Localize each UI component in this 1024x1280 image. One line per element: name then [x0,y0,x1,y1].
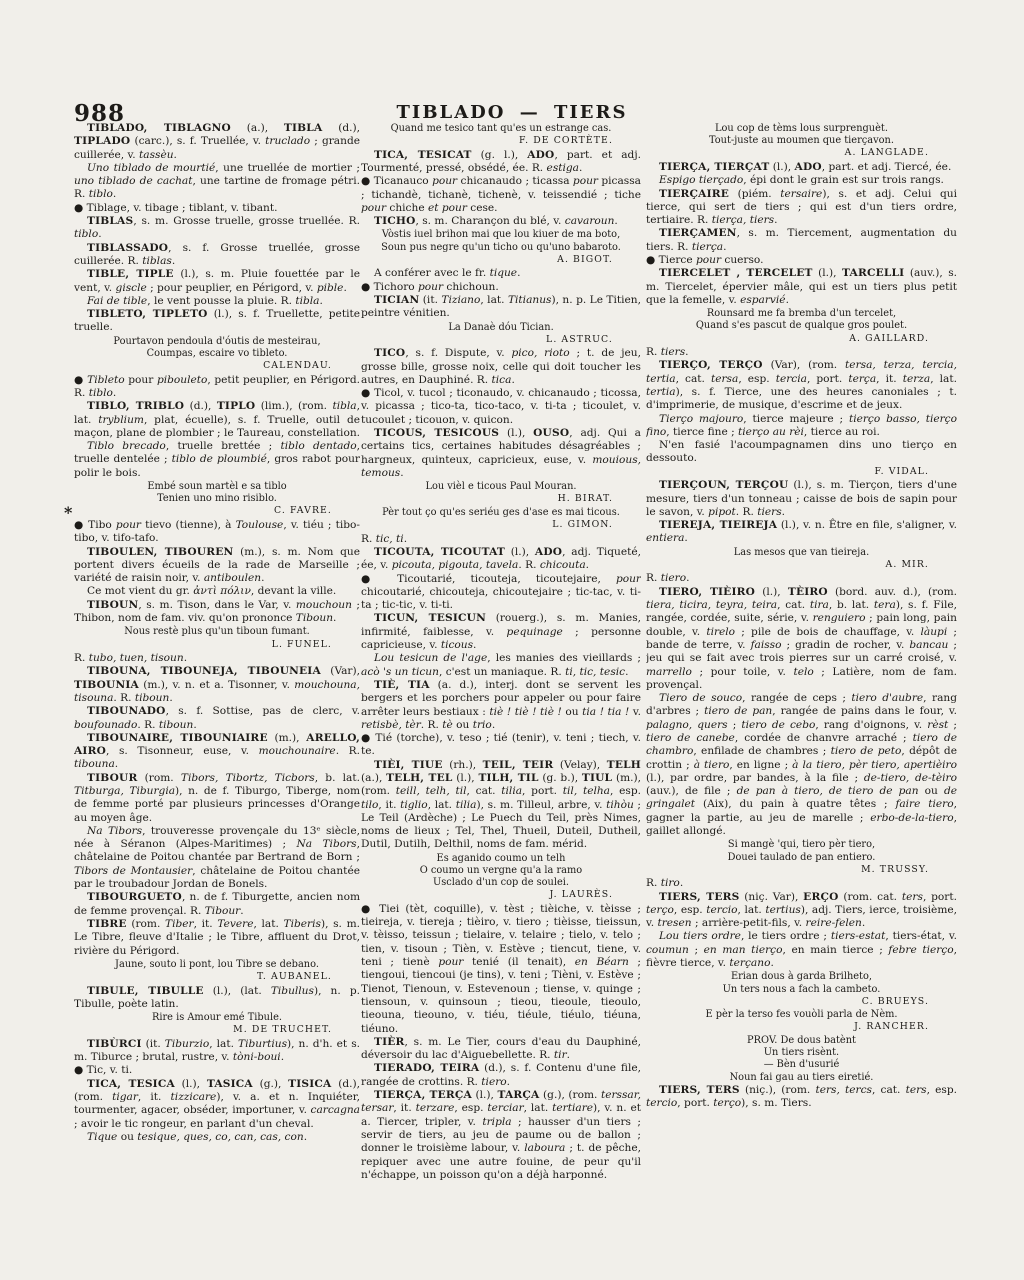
reference-line: R. tiers. [646,346,957,359]
quote-attribution: A. LANGLADE. [646,147,957,159]
headword: TIERÇAIRE [659,188,729,200]
body-text: , s. f. Sottise, pas de clerc, v. [166,705,360,717]
verse-quote: Nous restè plus qu'un tiboun fumant. [74,626,360,638]
body-text: chichoun. [443,281,499,293]
body-text: ● [74,374,87,386]
body-text: (niç.), (rom. [740,1084,816,1096]
italic-term: tiers [757,506,781,518]
headword: TASICA [207,1078,253,1090]
italic-term: terço [713,1097,741,1109]
body-text: ; [728,719,742,731]
headword: ADO [795,161,822,173]
dictionary-entry: TIEREJA, TIEIREJA (l.), v. n. Être en fi… [646,519,957,546]
dictionary-entry: TIERCELET , TERCELET (l.), TARCELLI (auv… [646,267,957,307]
italic-term: Espigo tierçado [659,174,743,186]
body-text: , it. [194,918,218,930]
example-text: Fai de tible, le vent pousse la pluie. R… [74,295,360,308]
reference-line: R. tubo, tuen, tisoun. [74,652,360,665]
body-text: , port. [677,1097,713,1109]
body-text: (bord. auv. d.), (rom. [828,586,957,598]
italic-term: à la tiero, pèr tiero, apertièiro [792,759,957,771]
italic-term: tòni-boui [233,1051,281,1063]
headword: TICOUTA, TICOUTAT [374,546,505,558]
italic-term: tertia [646,386,676,398]
body-text: . [625,666,628,678]
example-text: Tique ou tesique, ques, co, can, cas, co… [74,1131,360,1144]
italic-term: mouchounaire [259,745,336,757]
body-text: R. [361,533,376,545]
italic-term: pibouleto [157,374,207,386]
dictionary-entry: TIÈR, s. m. Le Tier, cours d'eau du Daup… [361,1036,641,1063]
verse-quote: Jaune, souto li pont, lou Tibre se deban… [74,959,360,971]
headword: TELH [607,759,641,771]
body-text: ● Tic, v. ti. [74,1064,132,1076]
headword: TIBOUNIA [74,679,139,691]
italic-term: tiè ! tiè ! tiè ! [489,706,561,718]
italic-term: Titianus [508,294,552,306]
dictionary-entry: TIBLAS, s. m. Grosse truelle, grosse tru… [74,215,360,242]
body-text: . [113,188,116,200]
italic-term: et pour [428,202,467,214]
body-text: . [685,346,688,358]
dictionary-entry: TIERADO, TEIRA (d.), s. f. Contenu d'une… [361,1062,641,1089]
headword: TICUN, TESICUN [374,612,486,624]
quote-attribution: J. RANCHER. [646,1021,957,1033]
italic-term: tera [874,599,896,611]
headword: TIEREJA, TIEIREJA [659,519,777,531]
quote-line: Tout-juste au moumen que tierçavon. [646,135,957,147]
italic-term: til, telha [563,785,610,797]
body-text: , s. m. Tison, dans le Var, v. [138,599,296,611]
example-text: Tiero de souco, rangée de ceps ; tiero d… [646,692,957,838]
body-text: (g.), (rom. [539,1089,600,1101]
italic-term: tilia [501,785,522,797]
verse-quote: Rounsard me fa bremba d'un tercelet,Quan… [646,308,957,332]
headword: TIBLE, TIPLE [87,268,174,280]
italic-term: tiblo [74,228,98,240]
text-column-middle: Quand me tesico tant qu'es un estrange c… [361,122,641,1252]
body-text: . [193,719,196,731]
italic-term: tihòu [606,799,634,811]
italic-term: rèst [927,719,948,731]
italic-term: teill, telh, til [396,785,467,797]
italic-term: tiers-estat [831,930,886,942]
quote-line: Es aganido coumo un telh [361,853,641,865]
body-text: R. [74,652,89,664]
italic-term: pour [438,956,463,968]
italic-term: tiero [481,1076,506,1088]
quote-attribution: L. GIMON. [361,519,641,531]
italic-term: tubo, tuen, tisoun [89,652,184,664]
verse-quote: Pourtavon pendoula d'óutis de mesteirau,… [74,336,360,360]
body-text: . [770,957,773,969]
body-text: ● Tiblage, v. tibage ; tiblant, v. tiban… [74,202,278,214]
quote-attribution: L. ASTRUC. [361,334,641,346]
verse-quote: PROV. De dous batèntUn tiers risènt.— Bè… [646,1035,957,1084]
body-text: ou [117,1131,137,1143]
body-text: ● Ticol, v. tucol ; ticonaudo, v. chican… [361,387,641,426]
body-text: , les manies des vieillards ; [487,652,641,664]
body-text: tenié (il tenait), [463,956,574,968]
headword: TARÇA [498,1089,540,1101]
body-text: (l.), [505,546,535,558]
headword: TISICA [288,1078,331,1090]
body-text: pour [125,374,157,386]
body-text: (l.), [453,772,479,784]
body-text: ● Ticanauco [361,175,432,187]
body-text: , port. [923,891,957,903]
body-text: R. [646,346,661,358]
cross-reference-note: ● Ticanauco pour chicanaudo ; ticassa po… [361,175,641,215]
verse-quote: Lou cop de tèms lous surprenguèt.Tout-ju… [646,123,957,147]
body-text: . [304,1131,307,1143]
quote-attribution: CALENDAU. [74,360,360,372]
reference-line: R. tic, ti. [361,533,641,546]
body-text: (niç. Var), [739,891,803,903]
body-text: , cat. [467,785,502,797]
dictionary-entry: TIERÇOUN, TERÇOU (l.), s. m. Tierçon, ti… [646,479,957,519]
italic-term: pico, rioto [512,347,570,359]
verse-quote: La Danaè dóu Tician. [361,322,641,334]
body-text: , esp. [454,1102,487,1114]
italic-term: Tiburtius [238,1038,287,1050]
dictionary-entry: TIERS, TERS (niç. Var), ERÇO (rom. cat. … [646,891,957,931]
body-text: , en ligne ; [729,759,792,771]
body-text: , cat. [777,599,810,611]
dictionary-entry: TIERÇAIRE (piém. tersaire), s. et adj. C… [646,188,957,228]
text-column-right: Lou cop de tèms lous surprenguèt.Tout-ju… [646,122,957,1252]
dictionary-entry: TIBOULEN, TIBOUREN (m.), s. m. Nom que p… [74,546,360,586]
headword: TIERCELET , TERCELET [659,267,813,279]
body-text: , cat. [676,373,711,385]
italic-term: pequinage [507,626,563,638]
body-text: , esp. [738,373,775,385]
italic-term: trio [473,719,492,731]
headword: ERÇO [803,891,838,903]
body-text: (g. b.), [539,772,582,784]
body-text: . [492,719,495,731]
italic-term: tryblium [98,414,144,426]
headword: TIERS, TERS [659,891,739,903]
dictionary-entry: TICOUTA, TICOUTAT (l.), ADO, adj. Tiquet… [361,546,641,573]
headword: TIERO, TIÈIRO [659,586,755,598]
body-text: (Aix), du pain à quatre têtes ; [695,798,895,810]
italic-term: pour [361,202,386,214]
headword: TIERÇAMEN [659,227,737,239]
italic-term: tizzicare [171,1091,217,1103]
dictionary-entry: TIERÇA, TIERÇAT (l.), ADO, part. et adj.… [646,161,957,174]
italic-term: tic, ti [376,533,404,545]
verse-quote: Lou vièl e ticous Paul Mouran. [361,481,641,493]
italic-term: tique [490,267,518,279]
quote-line: La Danaè dóu Tician. [361,322,641,334]
cross-reference-note: ● Tié (torche), v. teso ; tié (tenir), v… [361,732,641,759]
italic-term: tiboun [135,692,169,704]
text-column-left: TIBLADO, TIBLAGNO (a.), TIBLA (d.), TIPL… [74,122,360,1252]
italic-term: Na Tibors [297,838,357,850]
body-text: , le vent pousse la pluie. R. [147,295,295,307]
body-text: chicanaudo ; ticassa [457,175,573,187]
quote-attribution: L. FUNEL. [74,639,360,651]
body-text: (lim.), (rom. [255,400,332,412]
body-text: tievo (tienne), à [141,519,236,531]
dictionary-entry: TIBOUNA, TIBOUNEJA, TIBOUNEIA (Var), TIB… [74,665,360,705]
body-text: ● Tibo [74,519,116,531]
italic-term: ti, tic, tesic [565,666,625,678]
italic-term: Tibors de Montausier [74,865,192,877]
body-text: R. [646,877,661,889]
italic-term: Tevere [217,918,253,930]
quote-line: Embé soun martèl e sa tiblo [74,481,360,493]
body-text: ; [948,719,957,731]
body-text: chiche [386,202,428,214]
italic-term: Tique [87,1131,117,1143]
verse-quote: E pèr la terso fes vouòli parla de Nèm. [646,1009,957,1021]
italic-term: tiro [661,877,680,889]
dictionary-entry: TIBOUN, s. m. Tison, dans le Var, v. mou… [74,599,360,626]
dictionary-entry: TIBRE (rom. Tiber, it. Tevere, lat. Tibe… [74,918,360,958]
headword: TIERÇA, TIERÇAT [659,161,769,173]
example-text: Ce mot vient du gr. ἀντὶ πόλιν, devant l… [74,585,360,598]
italic-term: tiblas [142,255,172,267]
italic-term: tirelo [706,626,735,638]
dictionary-entry: TICA, TESICA (l.), TASICA (g.), TISICA (… [74,1078,360,1131]
italic-term: ters, tercs [815,1084,872,1096]
italic-term: ticous [441,639,473,651]
quote-attribution: J. LAURÈS. [361,889,641,901]
body-text: (Var), (rom. [763,359,845,371]
italic-term: tierça [692,241,723,253]
italic-term: à tiero [694,759,730,771]
body-text: , lat. [428,799,456,811]
italic-term: renguiero [813,612,866,624]
body-text: . R. [137,719,158,731]
body-text: ; [689,944,704,956]
italic-term: tiers [661,346,685,358]
italic-term: faire tiero [895,798,953,810]
italic-term: uno tiblado de cachat [74,175,192,187]
quote-line: — Bèn d'usurié [646,1059,957,1071]
example-text: Espigo tierçado, épi dont le grain est s… [646,174,957,187]
headword: TIÈ, TIA [374,679,430,691]
headword: TIERÇOUN, TERÇOU [659,479,788,491]
italic-term: tertius [765,904,801,916]
body-text: (piém. [729,188,780,200]
body-text: . R. [336,745,360,757]
body-text: , lat. [253,918,283,930]
headword: TIBLASSADO [87,242,168,254]
body-text: , b. lat. [829,599,874,611]
headword: TIERÇO, TERÇO [659,359,763,371]
body-text: . [281,1051,284,1063]
quote-line: Rire is Amour emé Tibule. [74,1012,360,1024]
body-text: , s. m. Charançon du blé, v. [416,215,565,227]
body-text: (l.), [813,267,842,279]
italic-term: tesique, ques, co, can, cas, con [137,1131,303,1143]
body-text: ), s. m. Tiers. [741,1097,811,1109]
example-text: Tiblo brecado, truelle brettée ; tiblo d… [74,440,360,480]
quote-line: Rounsard me fa bremba d'un tercelet, [646,308,957,320]
italic-term: Titburga, Tiburgia [74,785,175,797]
body-text: . [782,506,785,518]
example-text: Na Tibors, trouveresse provençale du 13ᵉ… [74,825,360,891]
italic-term: Tiero de souco [659,692,742,704]
headword: TIÈI, TIUE [374,759,443,771]
body-text: . [404,533,407,545]
italic-term: tercio [646,1097,677,1109]
body-text: (l.), v. n. Être en file, s'aligner, v. [777,519,957,531]
body-text: , esp. [610,785,641,797]
headword: TIPLADO [74,135,130,147]
italic-term: tertiare [552,1102,593,1114]
cross-reference-note: ● Tierce pour cuerso. [646,254,957,267]
body-text: . R. [113,692,134,704]
dictionary-entry: TIBLE, TIPLE (l.), s. m. Pluie fouettée … [74,268,360,295]
body-text: , tierce majeure ; [743,413,849,425]
headword: TICIAN [374,294,419,306]
italic-term: chicouta [540,559,586,571]
italic-term: Lou tesicun de l'age [374,652,487,664]
cross-reference-note: ● Ticoutarié, ticouteja, ticoutejaire, p… [361,573,641,613]
italic-term: entiera [646,532,684,544]
italic-term: ters [902,891,923,903]
italic-term: mouchoun [296,599,352,611]
italic-term: tierça, tiers [712,214,774,226]
body-text: (rom. cat. [839,891,902,903]
body-text: . [319,295,322,307]
italic-term: tiblo de ploumbié [172,453,267,465]
italic-term: reire-felen [806,917,862,929]
italic-term: terzare [416,1102,455,1114]
italic-term: palagno, quers [646,719,728,731]
body-text: , c'est un maniaque. R. [439,666,565,678]
italic-term: tiboun [159,719,193,731]
body-text: (l.), par ordre, par bandes, à la file ; [646,772,864,784]
italic-term: tiblo [89,188,113,200]
headword: OUSO [533,427,569,439]
quote-line: Quand s'es pascut de qualque gros poulet… [646,320,957,332]
cross-reference-note: ● Tiblage, v. tibage ; tiblant, v. tiban… [74,202,360,215]
headword: TIÈR [374,1036,405,1048]
body-text: , esp. [927,1084,957,1096]
quote-attribution: M. DE TRUCHET. [74,1024,360,1036]
headword: TICA, TESICAT [374,149,472,161]
italic-term: tersaire [780,188,822,200]
verse-quote: Quand me tesico tant qu'es un estrange c… [361,123,641,135]
body-text: . [517,267,520,279]
italic-term: terza [903,373,931,385]
quote-line: Si mangè 'qui, tiero pèr tiero, [646,839,957,851]
body-text: (a.), [361,772,386,784]
quote-attribution: H. BIRAT. [361,493,641,505]
quote-line: Pourtavon pendoula d'óutis de mesteirau, [74,336,360,348]
body-text: . R. [736,506,757,518]
body-text: (it. [142,1038,165,1050]
italic-term: pour [432,175,457,187]
italic-term: antiboulen [204,572,261,584]
dictionary-entry: TICO, s. f. Dispute, v. pico, rioto ; t.… [361,347,641,387]
quote-line: Lou cop de tèms lous surprenguèt. [646,123,957,135]
body-text: ; pile de bois de chauffage, v. [735,626,920,638]
verse-quote: Erian dous à garda Brilheto,Un ters nous… [646,971,957,995]
italic-term: Tierço majouro [659,413,743,425]
body-text: . [240,905,243,917]
italic-term: tibouna [74,758,115,770]
headword: TARCELLI [842,267,904,279]
italic-term: tiero de canebe [646,732,735,744]
body-text: , truelle brettée ; [166,440,281,452]
body-text: . [169,692,172,704]
dictionary-entry: TIÈ, TIA (a. d.), interj. dont se serven… [361,679,641,732]
italic-term: tica [492,374,512,386]
body-text: ou [562,706,582,718]
headword: TIUL [582,772,612,784]
cross-reference-note: ● Tibleto pour pibouleto, petit peuplier… [74,374,360,401]
italic-term: cavaroun [565,215,615,227]
body-text: . [862,917,865,929]
body-text: (l.), [472,1089,498,1101]
italic-term: faisso [751,639,782,651]
body-text: , tierce fine ; [666,426,738,438]
body-text: . [586,559,589,571]
italic-term: terciar [487,1102,523,1114]
quote-attribution: C. BRUEYS. [646,996,957,1008]
margin-asterisk: * [64,503,72,522]
headword: TIBLADO, TIBLAGNO [87,122,231,134]
dictionary-page: 988 TIBLADO — TIERS * TIBLADO, TIBLAGNO … [0,0,1024,1280]
body-text: ou [919,785,944,797]
body-text: (auv.), de file ; [646,785,737,797]
headword: TICO [374,347,405,359]
body-text: . [507,1076,510,1088]
body-text: , rang d'oignons, v. [815,719,927,731]
headword: TIBLO, TRIBLO [87,400,184,412]
body-text: , enfilade de chambres ; [693,745,830,757]
headword: TIBLETO, TIPLETO [87,308,208,320]
quote-line: Soun pus negre qu'un ticho ou qu'uno bab… [361,242,641,254]
italic-term: truclado [265,135,310,147]
dictionary-entry: TIBLO, TRIBLO (d.), TIPLO (lim.), (rom. … [74,400,360,440]
body-text: , it. [378,799,400,811]
headword: TIBOUNAIRE, TIBOUNIAIRE [87,732,268,744]
verse-quote: Es aganido coumo un telhO coumo un vergn… [361,853,641,890]
quote-attribution: M. TRUSSY. [646,864,957,876]
body-text: , esp. [674,904,706,916]
italic-term: febre tierço [888,944,953,956]
body-text: . [343,282,346,294]
quote-line: Pèr tout ço qu'es seriéu ges d'ase es ma… [361,507,641,519]
italic-term: tiero d'aubre [851,692,923,704]
dictionary-entry: TICOUS, TESICOUS (l.), OUSO, adj. Qui a … [361,427,641,480]
cross-reference-note: ● Tichoro pour chichoun. [361,281,641,294]
italic-term: tibla [295,295,319,307]
body-text: . R. [421,719,442,731]
cross-reference-note: ● Tiei (tèt, coquille), v. tèst ; tièich… [361,903,641,1036]
italic-term: terço [646,904,674,916]
headword: TIBOUNA, TIBOUNEJA, TIBOUNEIA [87,665,321,677]
body-text: , port. [522,785,563,797]
body-text: v. [629,706,641,718]
body-text: , le tiers ordre ; [741,930,831,942]
body-text: ; arrière-petit-fils, v. [692,917,806,929]
body-text: , s. f. Dispute, v. [405,347,511,359]
italic-term: terça [848,373,876,385]
italic-term: estiga [547,162,579,174]
quote-attribution: T. AUBANEL. [74,971,360,983]
body-text: (rom. [127,918,165,930]
quote-attribution: A. MIR. [646,559,957,571]
italic-term: Tibleto [87,374,125,386]
